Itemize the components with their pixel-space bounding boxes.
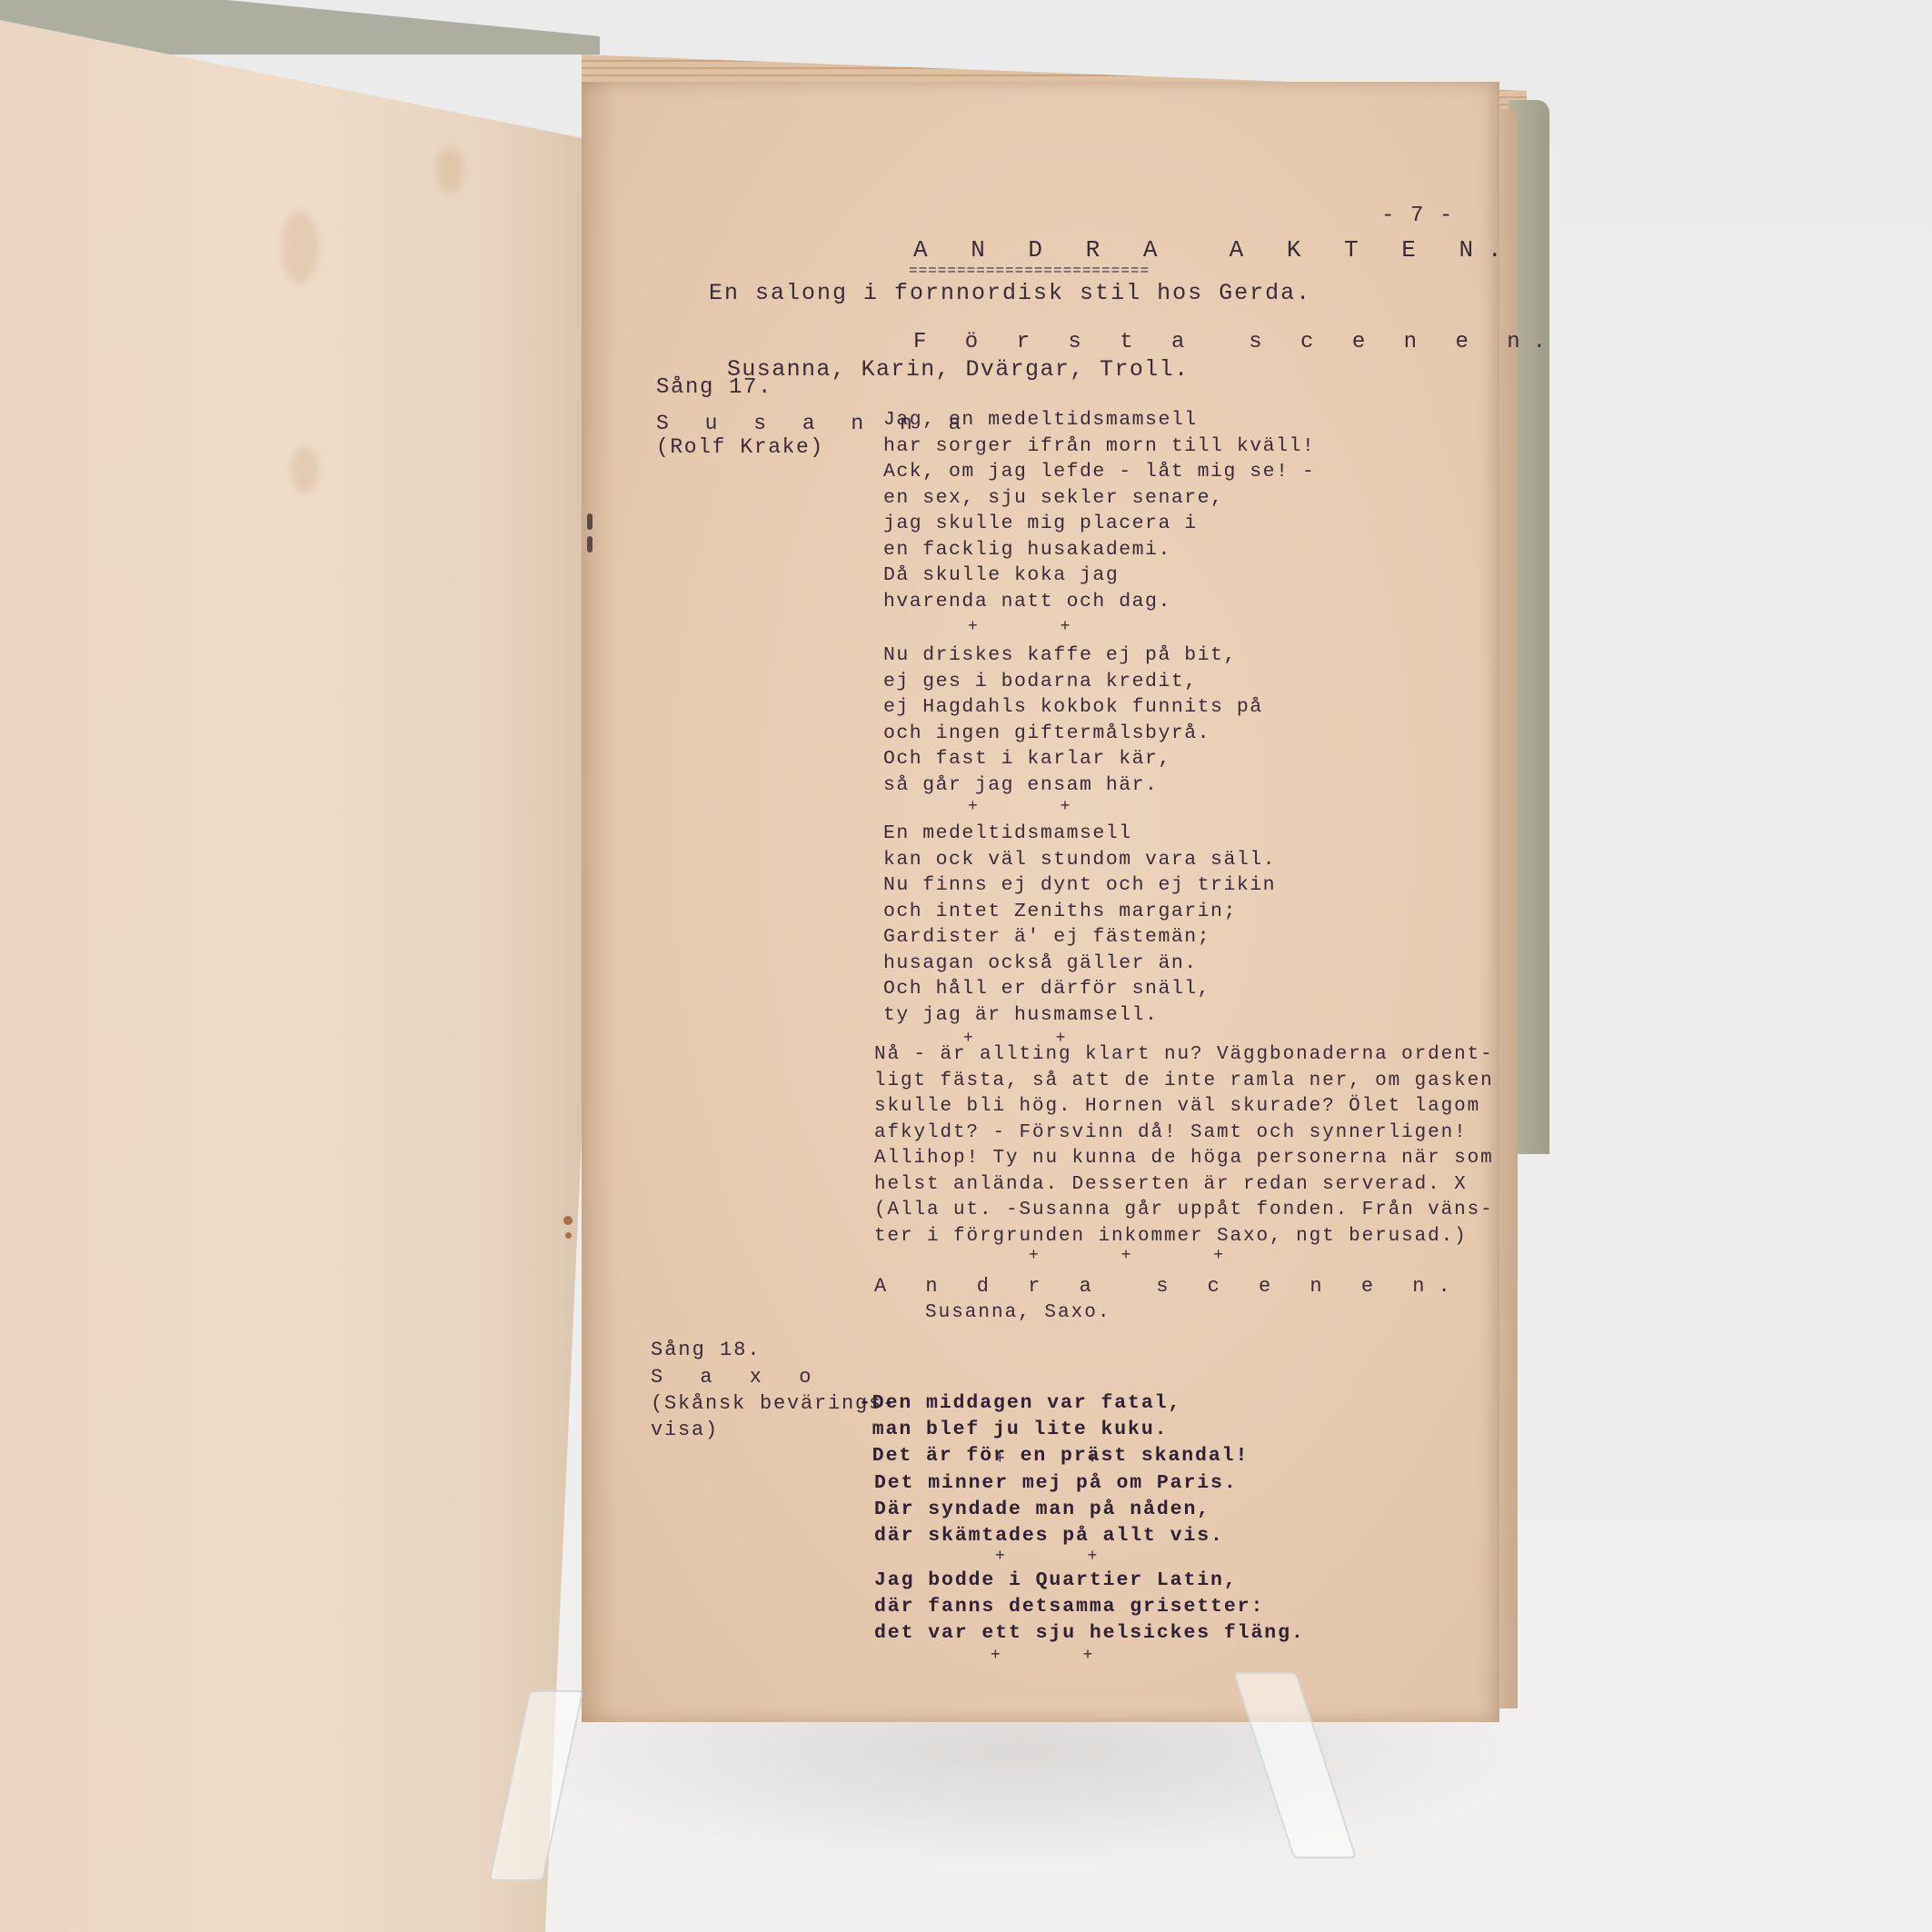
scene-2-cast: Susanna, Saxo. — [925, 1303, 1110, 1322]
foxing-stain — [436, 147, 463, 193]
verse-separator: + + — [991, 1647, 1129, 1665]
verse-separator: + + — [995, 1548, 1133, 1566]
act-title: A N D R A A K T E N. — [913, 238, 1517, 262]
song-18-verse-3: Jag bodde i Quartier Latin, där fanns de… — [874, 1568, 1305, 1647]
song-17-verse-2: Nu driskes kaffe ej på bit, ej ges i bod… — [883, 642, 1263, 798]
song-17-verse-3: En medeltidsmamsell kan ock väl stundom … — [883, 821, 1276, 1028]
song-18-singer: S a x o — [651, 1368, 823, 1388]
song-17-label: Sång 17. — [656, 377, 772, 399]
rust-spot — [565, 1232, 572, 1239]
verse-separator: + + — [995, 1450, 1133, 1469]
scene-2-title: A n d r a s c e n e n. — [874, 1277, 1464, 1297]
floor-shadow — [509, 1722, 1527, 1867]
scene-1-title: F ö r s t a s c e n e n. — [913, 332, 1559, 354]
stage-dialogue: Nå - är allting klart nu? Väggbonaderna … — [874, 1042, 1494, 1250]
foxing-stain — [282, 211, 318, 284]
foxing-stain — [291, 447, 318, 493]
left-page-blank — [0, 20, 582, 1932]
scene-1-cast: Susanna, Karin, Dvärgar, Troll. — [727, 358, 1189, 381]
page-number: - 7 - — [1381, 205, 1454, 227]
verse-separator: + + — [968, 618, 1106, 636]
verse-separator: + + — [968, 798, 1106, 816]
binding-hole — [587, 536, 593, 553]
section-separator: + + + — [1029, 1247, 1260, 1265]
song-17-verse-1: Jag, en medeltidsmamsell har sorger ifrå… — [883, 407, 1315, 614]
song-18-label: Sång 18. — [651, 1340, 762, 1360]
act-title-underline: ========================= — [909, 264, 1150, 278]
binding-hole — [587, 513, 593, 530]
photo-scene: - 7 - A N D R A A K T E N. =============… — [0, 0, 1932, 1932]
rust-spot — [563, 1216, 573, 1225]
setting-description: En salong i fornnordisk stil hos Gerda. — [709, 282, 1311, 304]
song-17-tune: (Rolf Krake) — [656, 437, 824, 458]
song-18-verse-2: Det minner mej på om Paris. Där syndade … — [874, 1470, 1238, 1549]
